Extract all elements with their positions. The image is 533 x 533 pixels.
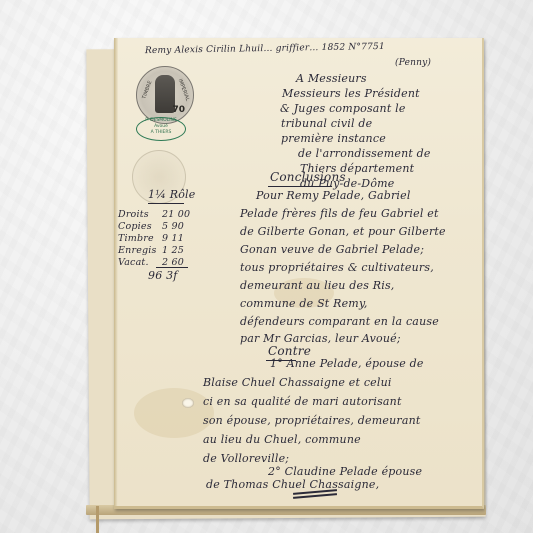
body-line: 1° Anne Pelade, épouse de: [270, 357, 424, 370]
body-line: tous propriétaires & cultivateurs,: [240, 261, 434, 274]
addressee-line: Messieurs les Président: [282, 87, 420, 100]
body-line: de Gilberte Gonan, et pour Gilberte: [240, 225, 446, 238]
tally-label: Timbre: [118, 233, 154, 244]
tally-amount: 21 00: [162, 209, 190, 220]
stamp-text-left: TIMBRE: [141, 80, 153, 100]
body-line: Blaise Chuel Chassaigne et celui: [203, 376, 392, 389]
body-line: demeurant au lieu des Ris,: [240, 279, 395, 292]
addressee-line: & Juges composant le: [280, 102, 406, 115]
stamp-text-right: IMPERIAL: [177, 78, 191, 102]
body-line: Pelade frères fils de feu Gabriel et: [240, 207, 439, 220]
body-line: par Mr Garcias, leur Avoué;: [240, 332, 401, 345]
body-line: commune de St Remy,: [240, 297, 368, 310]
tally-amount: 5 90: [162, 221, 184, 232]
section-title-conclusions: Conclusions: [270, 170, 346, 184]
tally-amount: 9 11: [162, 233, 184, 244]
body-line: de Thomas Chuel Chassaigne,: [206, 478, 379, 491]
tally-label: Copies: [118, 221, 152, 232]
binding-string: [96, 506, 99, 533]
body-line: son épouse, propriétaires, demeurant: [203, 414, 421, 427]
paper-hole: [182, 398, 194, 408]
tally-label: Enregis: [118, 245, 157, 256]
addressee-line: de l'arrondissement de: [298, 147, 431, 160]
imperial-tax-stamp: TIMBRE IMPERIAL 70: [136, 66, 194, 124]
attorney-oval-stamp: P. DESMOLINS Avoué A THIERS: [136, 117, 186, 141]
addressee-line: première instance: [281, 132, 386, 145]
underline: [268, 186, 332, 187]
tally-label: Droits: [118, 209, 149, 220]
header-note: (Penny): [395, 58, 431, 68]
underline: [148, 203, 184, 204]
tally-amount: 1 25: [162, 245, 184, 256]
body-line: Pour Remy Pelade, Gabriel: [256, 189, 411, 202]
section-title-contre: Contre: [268, 344, 311, 358]
body-line: au lieu du Chuel, commune: [203, 433, 361, 446]
oval-stamp-line: A THIERS: [137, 130, 185, 136]
paper-stain: [134, 388, 214, 438]
body-line: 2° Claudine Pelade épouse: [268, 465, 422, 478]
tally-title: 1¼ Rôle: [148, 188, 196, 201]
addressee-line: A Messieurs: [296, 72, 367, 85]
body-line: de Volloreville;: [203, 452, 289, 465]
sum-line: [156, 267, 188, 268]
body-line: défendeurs comparant en la cause: [240, 315, 439, 328]
addressee-line: tribunal civil de: [281, 117, 372, 130]
tally-total: 96 3f: [148, 269, 178, 282]
stamp-value: 70: [172, 105, 185, 115]
body-line: ci en sa qualité de mari autorisant: [203, 395, 402, 408]
tally-label: Vacat.: [118, 257, 149, 268]
body-line: Gonan veuve de Gabriel Pelade;: [240, 243, 424, 256]
